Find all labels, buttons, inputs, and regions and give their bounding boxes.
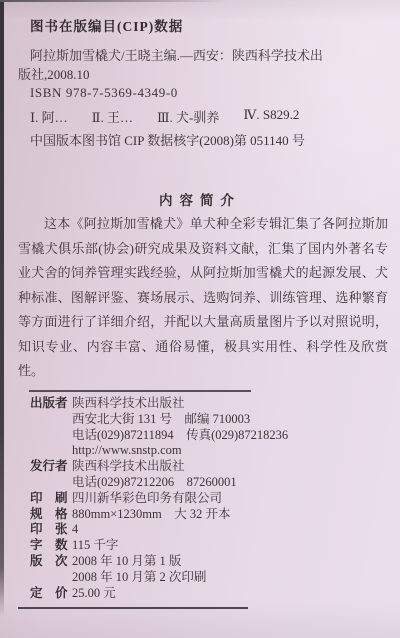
colophon-value-line: 陕西科学技术出版社 <box>72 459 237 475</box>
colophon-value: 880mm×1230mm 大 32 开本 <box>72 507 230 523</box>
colophon-row-publisher: 出版者 陕西科学技术出版社 西安北大街 131 号 邮编 710003 电话(0… <box>30 396 288 459</box>
cip-record-number: 中国版本图书馆 CIP 数据核字(2008)第 051140 号 <box>30 130 305 149</box>
colophon-value-line: 25.00 元 <box>72 586 116 602</box>
colophon-value-line: 4 <box>72 522 78 538</box>
colophon-value: 115 千字 <box>72 538 118 554</box>
colophon-value-line: 陕西科学技术出版社 <box>72 396 288 412</box>
colophon-label: 印 刷 <box>30 491 72 507</box>
colophon-value: 陕西科学技术出版社 电话(029)87212206 87260001 <box>72 459 237 491</box>
isbn-line: ISBN 978-7-5369-4349-0 <box>30 85 178 101</box>
colophon-value-line: 西安北大街 131 号 邮编 710003 <box>72 412 288 428</box>
colophon-value-line: 2008 年 10 月第 1 版 <box>72 554 206 570</box>
cip-entry-line-1: 阿拉斯加雪橇犬/王晓主编.—西安：陕西科学技术出 <box>18 46 390 65</box>
colophon-value-line: 2008 年 10 月第 2 次印刷 <box>72 570 206 586</box>
classification-item-3: Ⅲ. 犬-驯养 <box>157 107 219 126</box>
colophon-table: 出版者 陕西科学技术出版社 西安北大街 131 号 邮编 710003 电话(0… <box>30 396 288 601</box>
colophon-value: 25.00 元 <box>72 586 116 602</box>
colophon-row-word-count: 字 数 115 千字 <box>30 538 288 554</box>
colophon-value: 2008 年 10 月第 1 版 2008 年 10 月第 2 次印刷 <box>72 554 206 586</box>
classification-item-4: Ⅳ. S829.2 <box>243 107 299 126</box>
colophon-value: 四川新华彩色印务有限公司 <box>72 491 222 507</box>
colophon-label: 规 格 <box>30 507 72 523</box>
summary-heading: 内容简介 <box>0 189 400 209</box>
colophon-value-line: 四川新华彩色印务有限公司 <box>72 491 222 507</box>
colophon-label: 字 数 <box>30 538 72 554</box>
page-left-edge-shadow <box>0 0 4 617</box>
colophon-row-format: 规 格 880mm×1230mm 大 32 开本 <box>30 507 288 523</box>
colophon-bottom-rule <box>18 607 248 609</box>
colophon-value-line: 880mm×1230mm 大 32 开本 <box>72 507 230 523</box>
colophon-label: 印 张 <box>30 522 72 538</box>
page-top-edge-shadow <box>0 0 228 2</box>
colophon-row-distributor: 发行者 陕西科学技术出版社 电话(029)87212206 87260001 <box>30 459 288 491</box>
colophon-row-printer: 印 刷 四川新华彩色印务有限公司 <box>30 491 288 507</box>
cip-header: 图书在版编目(CIP)数据 <box>30 15 183 35</box>
colophon-value: 4 <box>72 522 78 538</box>
summary-paragraph: 这本《阿拉斯加雪橇犬》单犬种全彩专辑汇集了各阿拉斯加雪橇犬俱乐部(协会)研究成果… <box>18 212 388 384</box>
colophon-value: 陕西科学技术出版社 西安北大街 131 号 邮编 710003 电话(029)8… <box>72 396 288 459</box>
cip-entry: 阿拉斯加雪橇犬/王晓主编.—西安：陕西科学技术出 版社,2008.10 <box>18 46 390 84</box>
cip-entry-line-2: 版社,2008.10 <box>18 65 390 84</box>
colophon-label: 发行者 <box>30 459 72 491</box>
colophon-label: 定 价 <box>30 586 72 602</box>
colophon-row-edition: 版 次 2008 年 10 月第 1 版 2008 年 10 月第 2 次印刷 <box>30 554 288 586</box>
colophon-label: 版 次 <box>30 554 72 586</box>
colophon-value-line: 电话(029)87212206 87260001 <box>72 475 237 491</box>
colophon-value-line: 电话(029)87211894 传真(029)87218236 <box>72 428 288 444</box>
colophon-top-rule <box>29 390 251 392</box>
colophon-value-line: 115 千字 <box>72 538 118 554</box>
classification-item-2: Ⅱ. 王… <box>92 107 133 126</box>
colophon-value-line: http://www.snstp.com <box>72 443 288 459</box>
classification-line: Ⅰ. 阿… Ⅱ. 王… Ⅲ. 犬-驯养 Ⅳ. S829.2 <box>30 107 323 126</box>
colophon-row-price: 定 价 25.00 元 <box>30 586 288 602</box>
colophon-row-sheets: 印 张 4 <box>30 522 288 538</box>
classification-item-1: Ⅰ. 阿… <box>30 107 68 126</box>
colophon-label: 出版者 <box>30 396 72 459</box>
book-copyright-page: 图书在版编目(CIP)数据 阿拉斯加雪橇犬/王晓主编.—西安：陕西科学技术出 版… <box>0 0 400 638</box>
